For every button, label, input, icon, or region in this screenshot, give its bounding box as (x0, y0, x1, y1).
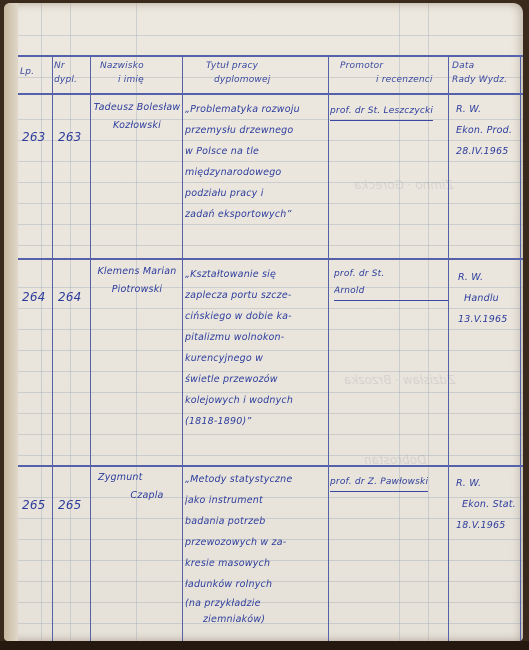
promotor-name: prof. dr St. Leszczycki (330, 103, 433, 121)
council-abbrev: R. W. (458, 267, 520, 288)
council-date: 28.IV.1965 (456, 141, 520, 162)
title-line: (na przykładzie (185, 595, 328, 613)
grid-line (18, 35, 523, 36)
header-tytul: Tytuł pracy dyplomowej (206, 59, 326, 87)
promotor-name: prof. dr St. Arnold (334, 266, 448, 301)
header-label: Data (452, 59, 520, 73)
header-label: Promotor (340, 59, 448, 73)
title-line: zadań eksportowych” (185, 204, 328, 225)
row-1-nr-dypl: 263 (58, 127, 90, 148)
header-label: dypl. (54, 73, 90, 87)
header-label: i recenzenci (340, 73, 448, 87)
row-3-name: Zygmunt Czapla (92, 469, 182, 505)
row-3-nr-dypl: 265 (58, 495, 90, 516)
title-line: kresie masowych (185, 553, 328, 574)
row-1-name: Tadeusz Bolesław Kozłowski (92, 99, 182, 135)
title-line: zaplecza portu szcze- (185, 285, 328, 306)
title-line: „Metody statystyczne (185, 469, 328, 490)
council-abbrev: R. W. (456, 99, 520, 120)
first-names: Tadeusz Bolesław (92, 99, 182, 117)
row-3-lp: 265 (22, 495, 52, 516)
grid-line (399, 3, 400, 641)
column-rule (52, 55, 53, 641)
column-rule (448, 55, 449, 641)
council-date: 13.V.1965 (458, 309, 520, 330)
grid-line (70, 3, 71, 641)
title-line: podziału pracy i (185, 183, 328, 204)
council-abbrev: R. W. (456, 473, 520, 494)
title-line: kolejowych i wodnych (185, 390, 328, 411)
title-line: w Polsce na tle (185, 141, 328, 162)
title-line: (1818-1890)” (185, 411, 328, 432)
surname: Czapla (92, 487, 182, 505)
first-names: Zygmunt (92, 469, 182, 487)
header-label: Tytuł pracy (206, 59, 326, 73)
column-rule (182, 55, 183, 641)
promotor-name: prof. dr Z. Pawłowski (330, 474, 428, 492)
title-line: „Kształtowanie się (185, 264, 328, 285)
row-2-title: „Kształtowanie się zaplecza portu szcze-… (185, 264, 328, 432)
title-line: badania potrzeb (185, 511, 328, 532)
header-label: dyplomowej (206, 73, 326, 87)
header-label: Nr (54, 59, 90, 73)
row-1-promotor: prof. dr St. Leszczycki (330, 101, 448, 122)
header-label: Rady Wydz. (452, 73, 520, 87)
column-rule (520, 55, 521, 641)
surname: Piotrowski (92, 281, 182, 299)
header-nr-dypl: Nr dypl. (54, 59, 90, 87)
row-3-title: „Metody statystyczne jako instrument bad… (185, 469, 328, 627)
title-line: ładunków rolnych (185, 574, 328, 595)
page-binding (4, 3, 18, 641)
header-label: i imię (100, 73, 182, 87)
column-rule (90, 55, 91, 641)
row-3-promotor: prof. dr Z. Pawłowski (330, 472, 448, 493)
header-nazwisko: Nazwisko i imię (100, 59, 182, 87)
title-line: kurencyjnego w (185, 348, 328, 369)
row-2-promotor: prof. dr St. Arnold (334, 266, 448, 302)
header-lp: Lp. (20, 65, 52, 79)
row-1-title: „Problematyka rozwoju przemysłu drzewneg… (185, 99, 328, 225)
show-through-text: Zimno · Gorecka (354, 178, 454, 192)
title-line: pitalizmu wolnokon- (185, 327, 328, 348)
show-through-text: Zdzisław · Brzozka (344, 373, 455, 387)
column-rule (328, 55, 329, 641)
council-name: Ekon. Stat. (456, 494, 520, 515)
row-3-date: R. W. Ekon. Stat. 18.V.1965 (456, 473, 520, 536)
row-2-nr-dypl: 264 (58, 287, 90, 308)
first-names: Klemens Marian (92, 263, 182, 281)
title-line: świetle przewozów (185, 369, 328, 390)
surname: Kozłowski (92, 117, 182, 135)
council-name: Handlu (458, 288, 520, 309)
register-page: Zimno · Gorecka Zdzisław · Brzozka Dobro… (4, 3, 523, 641)
row-2-date: R. W. Handlu 13.V.1965 (458, 267, 520, 330)
header-promotor: Promotor i recenzenci (340, 59, 448, 87)
grid-line (428, 3, 429, 641)
title-line: przewozowych w za- (185, 532, 328, 553)
title-line: „Problematyka rozwoju (185, 99, 328, 120)
title-line: cińskiego w dobie ka- (185, 306, 328, 327)
title-line: ziemniaków) (185, 613, 328, 627)
grid-line (41, 3, 42, 641)
row-2-name: Klemens Marian Piotrowski (92, 263, 182, 299)
header-label: Nazwisko (100, 59, 182, 73)
council-date: 18.V.1965 (456, 515, 520, 536)
row-2-lp: 264 (22, 287, 52, 308)
title-line: przemysłu drzewnego (185, 120, 328, 141)
row-1-date: R. W. Ekon. Prod. 28.IV.1965 (456, 99, 520, 162)
page-bottom-edge (0, 641, 529, 650)
header-data: Data Rady Wydz. (452, 59, 520, 87)
council-name: Ekon. Prod. (456, 120, 520, 141)
header-label: Lp. (20, 65, 52, 79)
title-line: jako instrument (185, 490, 328, 511)
row-1-lp: 263 (22, 127, 52, 148)
title-line: międzynarodowego (185, 162, 328, 183)
